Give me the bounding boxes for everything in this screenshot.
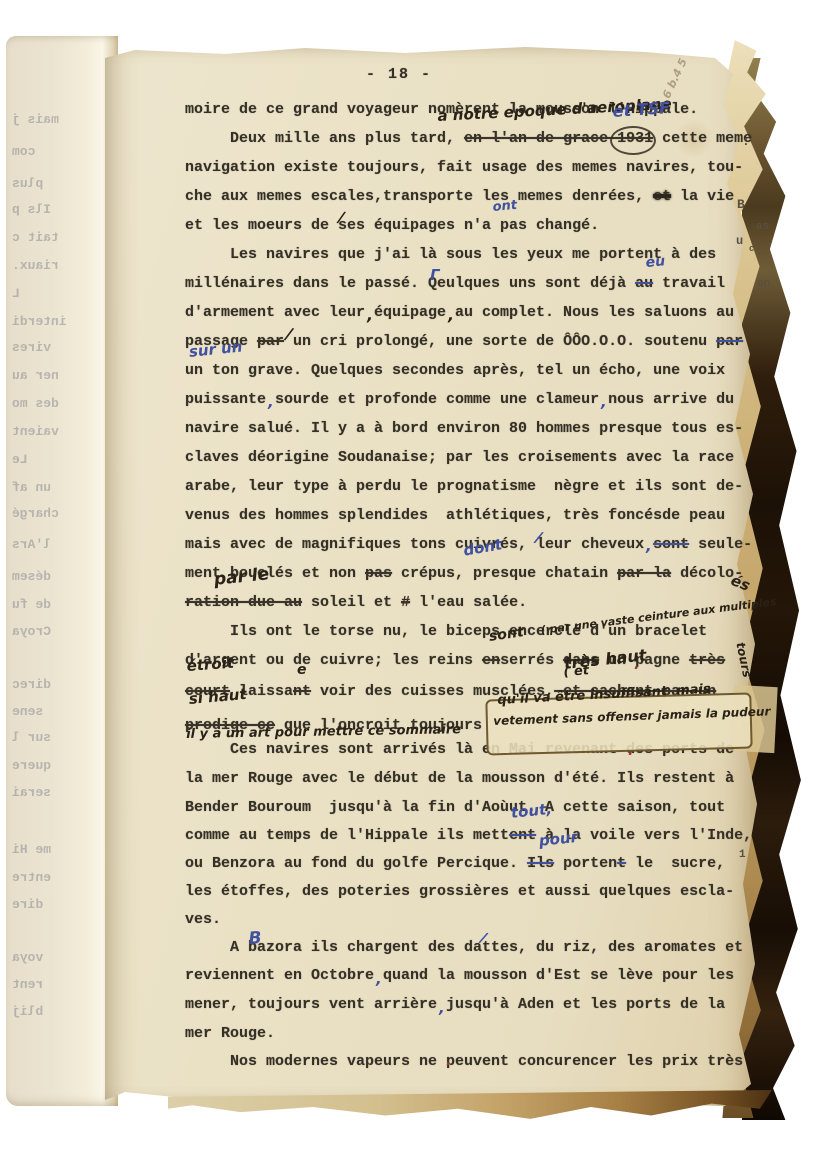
typed-line: navigation existe toujours, fait usage d… bbox=[185, 158, 743, 178]
handwritten-annotation: ont bbox=[492, 198, 518, 215]
struck-text: pas bbox=[365, 565, 392, 582]
torn-edge-letter-fragment: 1 bbox=[739, 849, 746, 861]
typed-text: mer Rouge. bbox=[185, 1025, 275, 1042]
typed-line: mer Rouge. bbox=[185, 1024, 275, 1044]
torn-edge-letter-fragment: u bbox=[736, 234, 743, 248]
typed-line: claves déorigine Soudanaise; par les cro… bbox=[185, 448, 734, 468]
struck-text: très bbox=[689, 652, 725, 669]
typed-text: arabe, leur type à perdu le prognatisme … bbox=[185, 478, 743, 495]
text-layer: - 18 - moire de ce grand voyageur nomère… bbox=[0, 0, 840, 1155]
typed-text: Nos modernes vapeurs ne peuvent concuren… bbox=[185, 1053, 743, 1070]
typed-line: Les navires que j'ai là sous les yeux me… bbox=[185, 245, 716, 265]
typed-text: la vie bbox=[671, 188, 734, 205]
handwritten-annotation: , bbox=[367, 305, 373, 324]
typed-line: Bender Bouroum jusqu'à la fin d'Aoùut. A… bbox=[185, 798, 725, 818]
typed-line: ration due au soleil et # l'eau salée. bbox=[185, 593, 527, 613]
handwritten-annotation: si haut bbox=[188, 685, 247, 708]
torn-edge-letter-fragment: : bbox=[742, 134, 750, 149]
torn-edge-letter-fragment: c bbox=[749, 244, 754, 254]
struck-text: # bbox=[401, 594, 410, 611]
typed-text: serrés bbox=[500, 652, 563, 669]
struck-text: et bbox=[653, 188, 671, 205]
handwritten-annotation: e bbox=[297, 662, 307, 678]
typed-line: arabe, leur type à perdu le prognatisme … bbox=[185, 477, 743, 497]
handwritten-annotation: eu bbox=[645, 253, 666, 271]
typed-text: Les navires que j'ai là sous les yeux me… bbox=[185, 246, 716, 263]
struck-text: ration due au bbox=[185, 594, 302, 611]
handwritten-annotation: , bbox=[268, 393, 274, 411]
torn-edge-letter-fragment: as bbox=[756, 221, 769, 233]
typed-line: A bazora ils chargent des dattes, du riz… bbox=[185, 938, 743, 958]
typed-line: d'armement avec leur équipage au complet… bbox=[185, 303, 734, 323]
handwritten-annotation: pour bbox=[538, 828, 579, 850]
typed-line: reviennent en Octobre quand la mousson d… bbox=[185, 966, 734, 986]
typed-line: et les moeurs de ses équipages n'a pas c… bbox=[185, 216, 599, 236]
handwritten-annotation: , bbox=[448, 305, 454, 324]
typed-line: la mer Rouge avec le début de la mousson… bbox=[185, 769, 734, 789]
typed-text: Bender Bouroum jusqu'à la fin d'Aoùut. A… bbox=[185, 799, 725, 816]
struck-text: ent bbox=[509, 827, 536, 844]
handwritten-annotation: Γ bbox=[430, 266, 440, 284]
struck-text: par la bbox=[617, 565, 671, 582]
handwritten-annotation: , bbox=[439, 999, 445, 1017]
typed-text: d'armement avec leur équipage au complet… bbox=[185, 304, 734, 321]
typed-text: navire salué. Il y a à bord environ 80 h… bbox=[185, 420, 743, 437]
handwritten-annotation: . bbox=[628, 743, 633, 759]
typed-line: mener, toujours vent arrière jusqu'à Ade… bbox=[185, 995, 725, 1015]
typed-line: navire salué. Il y a à bord environ 80 h… bbox=[185, 419, 743, 439]
struck-text: en bbox=[482, 652, 500, 669]
typed-text: venus des hommes splendides athlétiques,… bbox=[185, 507, 725, 524]
typed-text: porten bbox=[554, 855, 617, 872]
typed-text: le sucre, bbox=[626, 855, 725, 872]
typed-text: l'eau salée. bbox=[410, 594, 527, 611]
typed-line: ves. bbox=[185, 910, 221, 930]
page-number: - 18 - bbox=[366, 66, 432, 83]
typed-text: crépus, presque chatain bbox=[392, 565, 617, 582]
typed-text: che aux memes escales,transporte les mem… bbox=[185, 188, 653, 205]
handwritten-annotation: tout, bbox=[510, 800, 553, 822]
typed-line: ou Benzora au fond du golfe Percique. Il… bbox=[185, 854, 725, 874]
typed-text: mais avec de magnifiques tons cuivrés, l… bbox=[185, 536, 653, 553]
typed-text: navigation existe toujours, fait usage d… bbox=[185, 159, 743, 176]
typed-text: soleil et bbox=[302, 594, 401, 611]
typed-text: un cri prolongé, une sorte de ÔÔO.O.O. s… bbox=[284, 333, 716, 350]
struck-text: nt bbox=[293, 683, 311, 700]
typed-line: Nos modernes vapeurs ne peuvent concuren… bbox=[185, 1052, 743, 1072]
typed-text: seule- bbox=[689, 536, 752, 553]
typed-text: reviennent en Octobre quand la mousson d… bbox=[185, 967, 734, 984]
handwritten-annotation: tours bbox=[733, 641, 754, 679]
struck-text: sont bbox=[653, 536, 689, 553]
typed-text: et les moeurs de ses équipages n'a pas c… bbox=[185, 217, 599, 234]
manuscript-scan: mais jcomplusIls ptait criaux.Linterdivi… bbox=[0, 0, 840, 1155]
ink-circle-mark bbox=[610, 126, 656, 155]
handwritten-annotation: , bbox=[646, 537, 652, 555]
typed-line: millénaires dans le passé. Qeulques uns … bbox=[185, 274, 725, 294]
typed-line: che aux memes escales,transporte les mem… bbox=[185, 187, 734, 207]
typed-line: les étoffes, des poteries grossières et … bbox=[185, 882, 734, 902]
typed-text: Deux mille ans plus tard, bbox=[185, 130, 464, 147]
struck-text: Ils bbox=[527, 855, 554, 872]
struck-text: par bbox=[716, 333, 743, 350]
handwritten-annotation: et TSF bbox=[612, 98, 671, 121]
typed-text: ment bouclés et non bbox=[185, 565, 365, 582]
typed-line: Deux mille ans plus tard, en l'an de gra… bbox=[185, 129, 752, 149]
handwritten-annotation: , bbox=[601, 393, 607, 411]
typed-text: les étoffes, des poteries grossières et … bbox=[185, 883, 734, 900]
torn-edge-letter-fragment: on bbox=[757, 278, 770, 290]
handwritten-annotation: . bbox=[446, 1053, 451, 1069]
struck-text: au bbox=[635, 275, 653, 292]
handwritten-annotation: 6 b.4 5 bbox=[660, 56, 690, 100]
torn-edge-letter-fragment: B bbox=[737, 197, 745, 212]
handwritten-annotation: , bbox=[376, 970, 382, 988]
typed-text: comme au temps de l'Hippale ils mett bbox=[185, 827, 509, 844]
typed-line: venus des hommes splendides athlétiques,… bbox=[185, 506, 725, 526]
handwritten-annotation: par le bbox=[213, 564, 270, 590]
typed-text: ves. bbox=[185, 911, 221, 928]
handwritten-annotation: B bbox=[248, 928, 262, 949]
typed-line: passage par un cri prolongé, une sorte d… bbox=[185, 332, 743, 352]
typed-text: un ton grave. Quelques secondes après, t… bbox=[185, 362, 725, 379]
typed-text: la mer Rouge avec le début de la mousson… bbox=[185, 770, 734, 787]
handwritten-annotation: . bbox=[634, 657, 639, 673]
typed-text: mener, toujours vent arrière jusqu'à Ade… bbox=[185, 996, 725, 1013]
typed-text: ou Benzora au fond du golfe Percique. bbox=[185, 855, 527, 872]
typed-text: millénaires dans le passé. Qeulques uns … bbox=[185, 275, 635, 292]
struck-text: par bbox=[257, 333, 284, 350]
typed-line: un ton grave. Quelques secondes après, t… bbox=[185, 361, 725, 381]
struck-text: t bbox=[617, 855, 626, 872]
typed-text: cette meme bbox=[653, 130, 752, 147]
typed-text: A bazora ils chargent des dattes, du riz… bbox=[185, 939, 743, 956]
typed-text: travail bbox=[653, 275, 725, 292]
typed-text: claves déorigine Soudanaise; par les cro… bbox=[185, 449, 734, 466]
typed-line: comme au temps de l'Hippale ils mettent … bbox=[185, 826, 752, 846]
handwritten-annotation: étroit bbox=[186, 654, 234, 675]
